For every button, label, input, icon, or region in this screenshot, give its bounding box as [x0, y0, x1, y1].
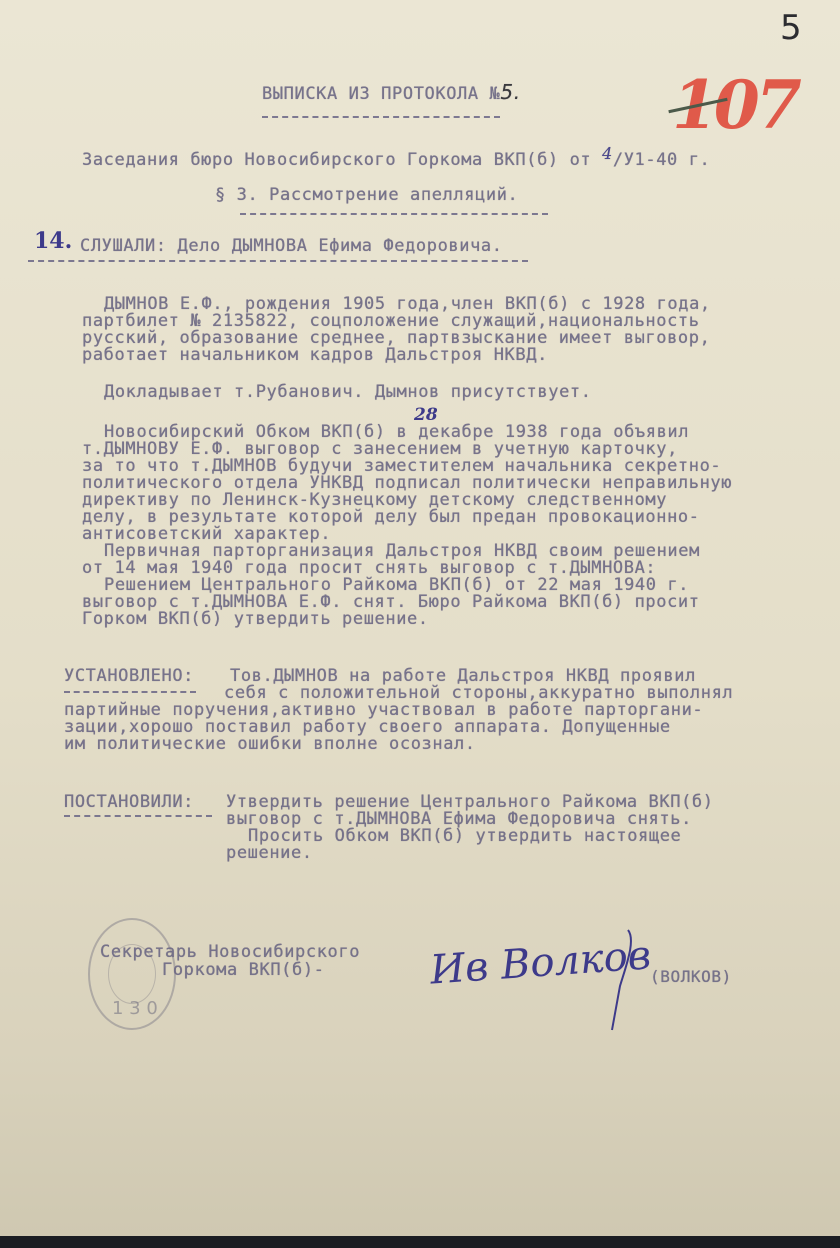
page-number: 5: [780, 8, 802, 48]
resolved-underline: [64, 815, 212, 817]
section-underline: [240, 213, 548, 215]
date-handwritten: 4: [602, 144, 613, 163]
established-underline: [64, 691, 196, 693]
title-text: ВЫПИСКА ИЗ ПРОТОКОЛА №: [262, 84, 500, 104]
heard-text: Дело ДЫМНОВА Ефима Федоровича.: [178, 236, 503, 256]
resolved-label: ПОСТАНОВИЛИ:: [64, 794, 194, 811]
title-underline: [262, 116, 500, 118]
signatory-title: Секретарь Новосибирского: [100, 944, 360, 961]
meeting-line: Заседания бюро Новосибирского Горкома ВК…: [82, 145, 710, 169]
established-line: им политические ошибки вполне осознал.: [64, 736, 476, 753]
heard-line: СЛУШАЛИ: Дело ДЫМНОВА Ефима Федоровича.: [80, 238, 503, 255]
signatory-title-2: Горкома ВКП(б)-: [162, 962, 325, 979]
heard-underline: [28, 260, 528, 262]
bio-line: работает начальником кадров Дальстроя НК…: [82, 347, 548, 364]
protocol-number: 5.: [500, 80, 520, 104]
document-title: ВЫПИСКА ИЗ ПРОТОКОЛА №5.: [262, 84, 521, 103]
established-label: УСТАНОВЛЕНО:: [64, 668, 194, 685]
page-shadow-edge: [0, 1236, 840, 1248]
resolved-line: Просить Обком ВКП(б) утвердить настоящее: [248, 828, 681, 845]
meeting-text: Заседания бюро Новосибирского Горкома ВК…: [82, 150, 591, 170]
item-number: 14.: [34, 228, 72, 254]
document-page: 5 107 ВЫПИСКА ИЗ ПРОТОКОЛА №5. Заседания…: [0, 0, 840, 1236]
signature-flourish: [606, 926, 636, 1036]
heard-label: СЛУШАЛИ:: [80, 236, 167, 256]
date-typed: /У1-40 г.: [613, 150, 711, 170]
case-line: Горком ВКП(б) утвердить решение.: [82, 611, 429, 628]
reporter-line: Докладывает т.Рубанович. Дымнов присутст…: [104, 384, 592, 401]
section-heading: § 3. Рассмотрение апелляций.: [215, 187, 518, 204]
signatory-name: (ВОЛКОВ): [650, 968, 732, 985]
stamp-number: 1 3 0: [112, 998, 158, 1019]
resolved-line: решение.: [226, 845, 313, 862]
